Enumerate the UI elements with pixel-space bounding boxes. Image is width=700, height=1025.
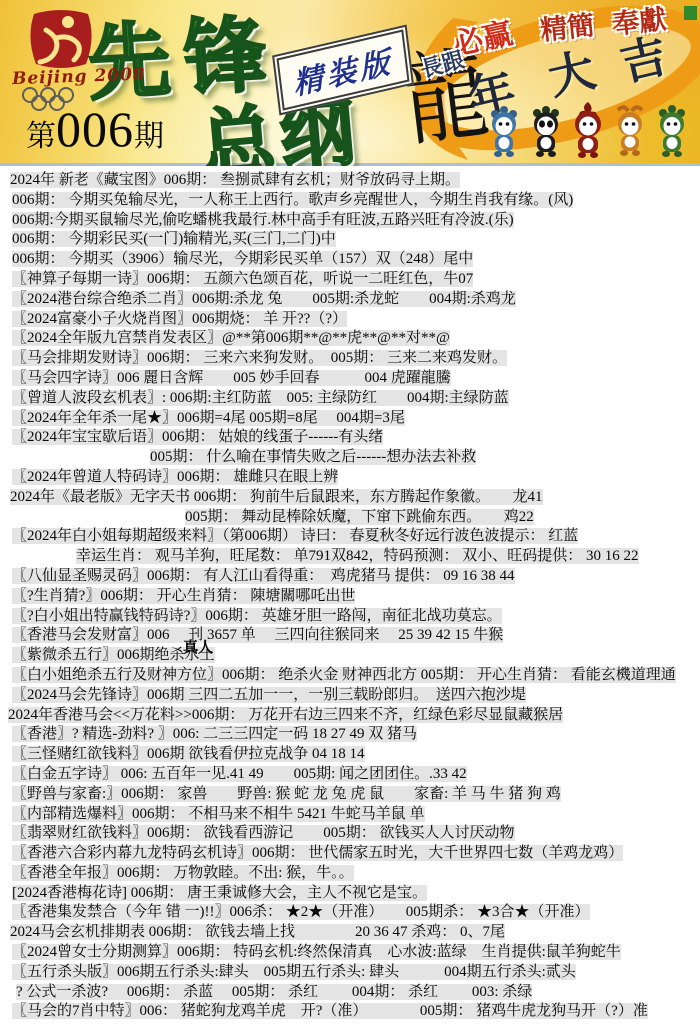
text-line-content: 〖神算子每期一诗〗006期： 五颜六色颂百花，听说一二旺红色，牛07 <box>12 271 473 287</box>
text-line: 〖三怪赌红欲钱料〗006期 欲钱看伊拉克战争 04 18 14 <box>0 745 700 765</box>
text-line-content: 〖马会排期发财诗〗006期： 三来六来狗发财。 005期： 三来二来鸡发财。 <box>12 350 507 366</box>
text-line-content: 〖内部精选爆料〗006期： 不相马来不相牛 5421 牛蛇马羊鼠 单 <box>12 806 425 822</box>
text-line: 〖马会四字诗〗006 麗日含辉 005 妙手回春 004 虎躍龍騰 <box>0 369 700 389</box>
text-line-content: 幸运生肖： 观马羊狗，旺尾数： 单791双842，特码预测： 双小、旺码提供： … <box>76 548 639 564</box>
text-line-content: 〖香港集发禁合（今年 错 一)!!〗006杀： ★2★（开准） 005期杀： ★… <box>12 904 590 920</box>
text-line: 006期： 今期彩民买(一门)输精光,买(三门,二门)中 <box>0 230 700 250</box>
text-line: ? 公式一杀波? 006期： 杀蓝 005期： 杀红 004期： 杀红 003:… <box>0 983 700 1003</box>
text-line: 2024年《最老版》无字天书 006期： 狗前牛后鼠跟来，东方腾起作象徽。 龙4… <box>0 488 700 508</box>
mascot-beibei-icon <box>491 106 517 157</box>
text-line-content: 〖2024年白小姐每期超级来料〗（第006期） 诗曰： 春夏秋冬好远行波色波提示… <box>12 528 578 544</box>
text-line: [2024香港梅花诗] 006期： 唐王秉诚修大会，主人不视它是宝。 <box>0 884 700 904</box>
text-line: 〖白金五字诗〗 006: 五百年一见.41 49 005期: 闻之团团住。.33… <box>0 765 700 785</box>
text-line: 〖曾道人波段玄机表〗: 006期:主红防蓝 005: 主绿防红 004期:主绿防… <box>0 389 700 409</box>
mascot-yingying-icon <box>618 107 642 156</box>
text-line-content: 〖?生肖猜?〗006期： 开心生肖猜： 陳塘關哪吒出世 <box>12 588 355 604</box>
text-line-content: 〖2024年宝宝歇后语〗006期： 姑娘的线蛋子------有头绪 <box>12 429 383 445</box>
text-line: 〖野兽与家畜:〗006期： 家兽 野兽: 猴 蛇 龙 兔 虎 鼠 家畜: 羊 马… <box>0 785 700 805</box>
text-line-content: 〖2024全年版九宫禁肖发表区〗@**第006期**@**虎**@**对**@ <box>12 330 450 346</box>
slogan-fengxian: 奉獻 <box>610 0 668 42</box>
text-line-content: 2024年香港马会<<万花料>>006期： 万花开右边三四来不齐，红绿色彩尽显鼠… <box>8 707 563 723</box>
text-line-content: 〖八仙显圣赐灵码〗006期： 有人江山看得重： 鸡虎猪马 提供： 09 16 3… <box>12 568 515 584</box>
text-line: 〖马会排期发财诗〗006期： 三来六来狗发财。 005期： 三来二来鸡发财。 <box>0 349 700 369</box>
edition-badge-label: 精装版 <box>292 46 395 102</box>
text-line: 〖香港六合彩内幕九龙特码玄机诗〗006期： 世代儒家五时光，大千世界四七数（羊鸡… <box>0 844 700 864</box>
text-line-content: ? 公式一杀波? 006期： 杀蓝 005期： 杀红 004期： 杀红 003:… <box>16 984 532 1000</box>
text-line: 005期： 什么喻在事情失败之后------想办法去补救 <box>0 448 700 468</box>
text-line-content: 〖香港〗? 精选-劲料? 〗006: 二三三四定一码 18 27 49 双 猪马 <box>12 726 417 742</box>
text-line: 〖2024曾女士分期测算〗006期： 特码玄机:终然保清真 心水波:蓝绿 生肖提… <box>0 943 700 963</box>
text-line: 〖香港马会发财富〗006 刊 3657 单 三四向往猴同来 25 39 42 1… <box>0 626 700 646</box>
text-line: 〖香港全年报〗006期： 万物敦睦。不出: 猴，牛。。 <box>0 864 700 884</box>
text-line: 〖八仙显圣赐灵码〗006期： 有人江山看得重： 鸡虎猪马 提供： 09 16 3… <box>0 567 700 587</box>
text-line: 〖香港集发禁合（今年 错 一)!!〗006杀： ★2★（开准） 005期杀： ★… <box>0 903 700 923</box>
text-line: 〖神算子每期一诗〗006期： 五颜六色颂百花，听说一二旺红色，牛07 <box>0 270 700 290</box>
text-line-content: 006期： 今期买兔输尽光，一人称王上西行。歌声乡亮醒世人，今期生肖我有缘。(风… <box>12 192 573 208</box>
header-banner: Beijing 2008 第 006 期 先锋 总纲 精装版 必赢 精簡 奉獻 … <box>0 0 700 166</box>
text-line: 2024年 新老《藏宝图》006期： 叁捌贰肆有玄机；财爷放码寻上期。 <box>0 171 700 191</box>
text-line: 〖白小姐绝杀五行及财神方位〗006期： 绝杀火金 财神西北方 005期： 开心生… <box>0 666 700 686</box>
beijing2008-seal-icon <box>26 8 96 70</box>
issue-value: 006 <box>56 104 134 154</box>
text-line: 2024马会玄机排期表 006期： 欲钱去墙上找 20 36 47 杀鸡： 0、… <box>0 923 700 943</box>
text-line-content: 〖香港马会发财富〗006 刊 3657 单 三四向往猴同来 25 39 42 1… <box>12 627 503 643</box>
text-line-content: 〖2024港台综合绝杀二肖〗006期:杀龙 兔 005期:杀龙蛇 004期:杀鸡… <box>12 291 516 307</box>
text-line-content: 〖2024马会先锋诗〗006期 三四二五加一一，一别三载盼郎归。 送四六抱沙堤 <box>12 687 526 703</box>
text-line: 006期： 今期买兔输尽光，一人称王上西行。歌声乡亮醒世人，今期生肖我有缘。(风… <box>0 191 700 211</box>
text-line: 〖2024全年版九宫禁肖发表区〗@**第006期**@**虎**@**对**@ <box>0 329 700 349</box>
issue-prefix: 第 <box>26 111 56 155</box>
mascot-nini-icon <box>659 105 685 157</box>
text-line: 〖?白小姐出特赢钱特码诗?〗006期： 英雄牙胆一路闯，南征北战功莫忘。 <box>0 607 700 627</box>
text-line-content: 〖白小姐绝杀五行及财神方位〗006期： 绝杀火金 财神西北方 005期： 开心生… <box>12 667 676 683</box>
text-line: 〖翡翠财红欲钱料〗006期： 欲钱看西游记 005期： 欲钱买人人讨厌动物 <box>0 824 700 844</box>
text-line: 〖紫微杀五行〗006期绝杀水土 <box>0 646 700 666</box>
issue-number: 第 006 期 <box>26 104 164 155</box>
text-line: 006期:今期买鼠输尽光,偷吃蟠桃我最行.林中高手有旺波,五路兴旺有冷波.(乐) <box>0 211 700 231</box>
text-line: 〖2024年宝宝歇后语〗006期： 姑娘的线蛋子------有头绪 <box>0 428 700 448</box>
text-line-content: 〖2024年曾道人特码诗〗006期： 雄雌只在眼上辨 <box>12 469 338 485</box>
text-line: 〖2024马会先锋诗〗006期 三四二五加一一，一别三载盼郎归。 送四六抱沙堤 <box>0 686 700 706</box>
mascot-jingjing-icon <box>533 106 559 157</box>
lottery-tip-sheet: Beijing 2008 第 006 期 先锋 总纲 精装版 必赢 精簡 奉獻 … <box>0 0 700 1025</box>
text-line-content: 006期： 今期彩民买(一门)输精光,买(三门,二门)中 <box>12 231 336 247</box>
text-line-content: 〖马会四字诗〗006 麗日含辉 005 妙手回春 004 虎躍龍騰 <box>12 370 451 386</box>
text-line-content: 005期： 什么喻在事情失败之后------想办法去补救 <box>150 449 476 465</box>
text-line: 2024年香港马会<<万花料>>006期： 万花开右边三四来不齐，红绿色彩尽显鼠… <box>0 706 700 726</box>
text-line-content: 〖三怪赌红欲钱料〗006期 欲钱看伊拉克战争 04 18 14 <box>12 746 365 762</box>
text-line: 〖马会的7肖中特〗006： 猪蛇狗龙鸡羊虎 开?（准） 005期： 猪鸡牛虎龙狗… <box>0 1002 700 1022</box>
text-line: 〖2024年全年杀一尾★〗006期=4尾 005期=8尾 004期=3尾 <box>0 409 700 429</box>
text-line-content: 2024马会玄机排期表 006期： 欲钱去墙上找 20 36 47 杀鸡： 0、… <box>10 924 505 940</box>
text-line-content: 〖2024年全年杀一尾★〗006期=4尾 005期=8尾 004期=3尾 <box>12 410 405 426</box>
text-line-content: 〖香港六合彩内幕九龙特码玄机诗〗006期： 世代儒家五时光，大千世界四七数（羊鸡… <box>12 845 623 861</box>
slogan-jingjian: 精簡 <box>538 3 596 47</box>
text-line: 005期： 舞动昆棒除妖魔，下窜下跳偷东西。 鸡22 <box>0 508 700 528</box>
text-line-content: 2024年 新老《藏宝图》006期： 叁捌贰肆有玄机；财爷放码寻上期。 <box>10 172 460 188</box>
mascot-huanhuan-icon <box>575 102 601 158</box>
text-line: 幸运生肖： 观马羊狗，旺尾数： 单791双842，特码预测： 双小、旺码提供： … <box>0 547 700 567</box>
text-line-content: [2024香港梅花诗] 006期： 唐王秉诚修大会，主人不视它是宝。 <box>12 885 427 901</box>
text-line-content: 〖?白小姐出特赢钱特码诗?〗006期： 英雄牙胆一路闯，南征北战功莫忘。 <box>12 608 502 624</box>
text-line-content: 〖翡翠财红欲钱料〗006期： 欲钱看西游记 005期： 欲钱买人人讨厌动物 <box>12 825 515 841</box>
text-lines: 真人 2024年 新老《藏宝图》006期： 叁捌贰肆有玄机；财爷放码寻上期。 0… <box>0 166 700 1025</box>
text-line-content: 〖曾道人波段玄机表〗: 006期:主红防蓝 005: 主绿防红 004期:主绿防… <box>12 390 509 406</box>
text-line: 〖2024富豪小子火烧肖图〗006期烧： 羊 开??（?） <box>0 310 700 330</box>
text-line-content: 〖2024富豪小子火烧肖图〗006期烧： 羊 开??（?） <box>12 311 347 327</box>
text-line-content: 〖白金五字诗〗 006: 五百年一见.41 49 005期: 闻之团团住。.33… <box>12 766 467 782</box>
text-line: 〖?生肖猜?〗006期： 开心生肖猜： 陳塘關哪吒出世 <box>0 587 700 607</box>
text-line: 〖五行杀头版〗006期五行杀头:肆头 005期五行杀头: 肆头 004期五行杀头… <box>0 963 700 983</box>
text-line-content: 〖马会的7肖中特〗006： 猪蛇狗龙鸡羊虎 开?（准） 005期： 猪鸡牛虎龙狗… <box>12 1003 648 1019</box>
zhenren-overlay: 真人 <box>183 636 213 657</box>
text-line-content: 006期： 今期买（3906）输尽光，今期彩民买单（157）双（248）尾中 <box>12 251 473 267</box>
corner-decoration <box>684 6 697 20</box>
text-line-content: 2024年《最老版》无字天书 006期： 狗前牛后鼠跟来，东方腾起作象徽。 龙4… <box>10 489 543 505</box>
issue-suffix: 期 <box>134 111 164 155</box>
text-line: 〖香港〗? 精选-劲料? 〗006: 二三三四定一码 18 27 49 双 猪马 <box>0 725 700 745</box>
text-line-content: 005期： 舞动昆棒除妖魔，下窜下跳偷东西。 鸡22 <box>185 509 534 525</box>
text-line: 〖2024年白小姐每期超级来料〗（第006期） 诗曰： 春夏秋冬好远行波色波提示… <box>0 527 700 547</box>
text-line: 〖内部精选爆料〗006期： 不相马来不相牛 5421 牛蛇马羊鼠 单 <box>0 805 700 825</box>
text-line: 〖2024港台综合绝杀二肖〗006期:杀龙 兔 005期:杀龙蛇 004期:杀鸡… <box>0 290 700 310</box>
text-line-content: 〖2024曾女士分期测算〗006期： 特码玄机:终然保清真 心水波:蓝绿 生肖提… <box>12 944 621 960</box>
text-line-content: 〖香港全年报〗006期： 万物敦睦。不出: 猴，牛。。 <box>12 865 354 881</box>
fuwa-mascots <box>486 102 692 162</box>
text-line-content: 〖野兽与家畜:〗006期： 家兽 野兽: 猴 蛇 龙 兔 虎 鼠 家畜: 羊 马… <box>12 786 561 802</box>
text-line: 〖2024年曾道人特码诗〗006期： 雄雌只在眼上辨 <box>0 468 700 488</box>
text-line-content: 006期:今期买鼠输尽光,偷吃蟠桃我最行.林中高手有旺波,五路兴旺有冷波.(乐) <box>12 212 514 228</box>
text-line: 006期： 今期买（3906）输尽光，今期彩民买单（157）双（248）尾中 <box>0 250 700 270</box>
text-line-content: 〖五行杀头版〗006期五行杀头:肆头 005期五行杀头: 肆头 004期五行杀头… <box>12 964 576 980</box>
